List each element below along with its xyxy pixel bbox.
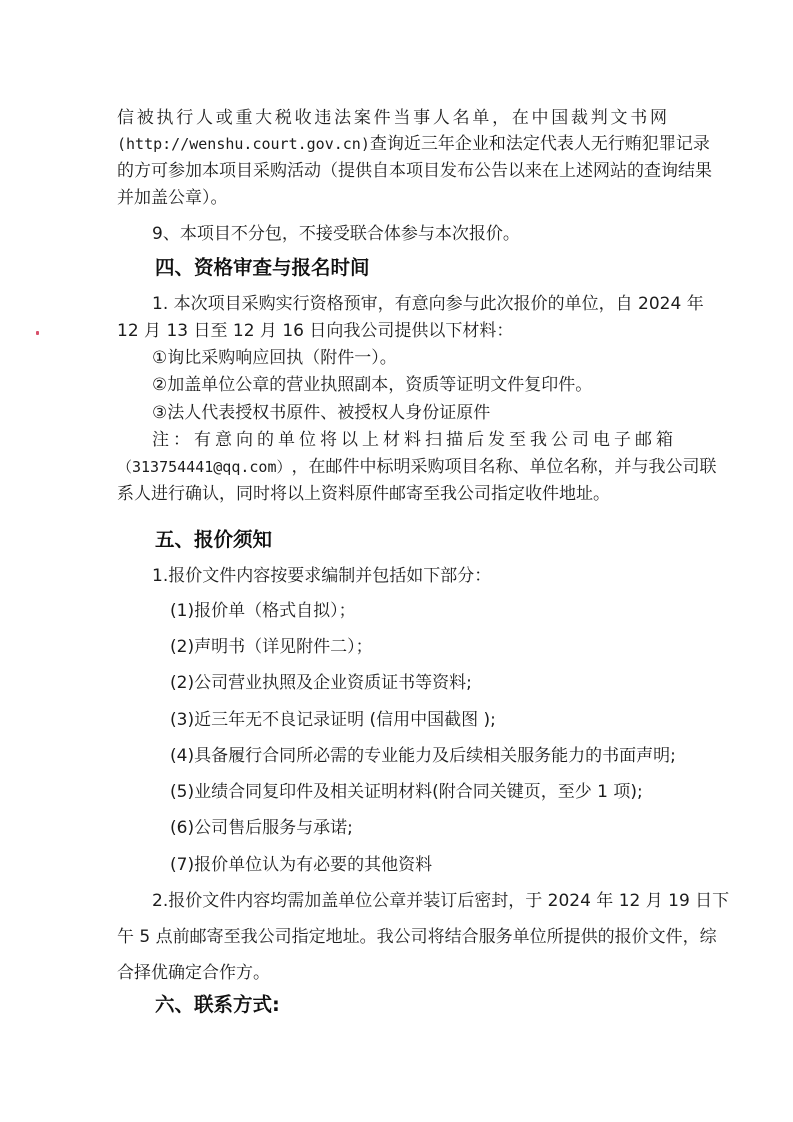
paragraph-line: 12 月 13 日至 12 月 16 日向我公司提供以下材料： [117, 321, 513, 341]
paragraph-text: 查询近三年企业和法定代表人无行贿犯罪记录 [370, 134, 710, 154]
quote-item: (6)公司售后服务与承诺; [170, 818, 353, 838]
quote-item: (1)报价单（格式自拟）； [170, 601, 356, 621]
paragraph-line: 的方可参加本项目采购活动（提供自本项目发布公告以来在上述网站的查询结果 [117, 161, 668, 181]
court-url-link[interactable]: (http://wenshu.court.gov.cn) [117, 134, 370, 154]
note-text: ，在邮件中标明采购项目名称、单位名称，并与我公司联 [292, 457, 717, 477]
paragraph-line: 午 5 点前邮寄至我公司指定地址。我公司将结合服务单位所提供的报价文件，综 [117, 927, 668, 947]
note-line: （313754441@qq.com） ，在邮件中标明采购项目名称、单位名称，并与… [117, 457, 668, 477]
quote-item: (2)公司营业执照及企业资质证书等资料; [170, 673, 472, 693]
note-line: 系人进行确认，同时将以上资料原件邮寄至我公司指定收件地址。 [117, 484, 610, 504]
item-9: 9、本项目不分包，不接受联合体参与本次报价。 [152, 224, 520, 244]
quote-item: (7)报价单位认为有必要的其他资料 [170, 855, 432, 875]
section-heading-4: 四、资格审查与报名时间 [155, 257, 370, 279]
quote-item: (2)声明书（详见附件二）； [170, 637, 373, 657]
material-item: ①询比采购响应回执（附件一）。 [152, 348, 397, 368]
material-item: ③法人代表授权书原件、被授权人身份证原件 [152, 403, 490, 423]
paragraph-line: 信被执行人或重大税收违法案件当事人名单，在中国裁判文书网 [117, 108, 668, 128]
paragraph-line: 1.报价文件内容按要求编制并包括如下部分： [152, 566, 491, 586]
paragraph-line: 2.报价文件内容均需加盖单位公章并装订后密封，于 2024 年 12 月 19 … [152, 891, 668, 911]
quote-item: (5)业绩合同复印件及相关证明材料(附合同关键页，至少 1 项); [170, 782, 643, 802]
quote-item: (3)近三年无不良记录证明 (信用中国截图 ); [170, 710, 496, 730]
document-page: 信被执行人或重大税收违法案件当事人名单，在中国裁判文书网 (http://wen… [0, 0, 793, 1122]
quote-item: (4)具备履行合同所必需的专业能力及后续相关服务能力的书面声明; [170, 746, 676, 766]
paragraph-line: 并加盖公章）。 [117, 188, 228, 208]
margin-mark [36, 331, 39, 335]
paragraph-line: 1. 本次项目采购实行资格预审，有意向参与此次报价的单位，自 2024 年 [152, 294, 668, 314]
paragraph-line: 合择优确定合作方。 [117, 963, 270, 983]
note-line: 注：有意向的单位将以上材料扫描后发至我公司电子邮箱 [152, 430, 668, 450]
email-link[interactable]: （313754441@qq.com） [117, 457, 292, 477]
paragraph-line: (http://wenshu.court.gov.cn) 查询近三年企业和法定代… [117, 134, 668, 154]
section-heading-5: 五、报价须知 [155, 529, 272, 551]
material-item: ②加盖单位公章的营业执照副本，资质等证明文件复印件。 [152, 375, 592, 395]
section-heading-6: 六、联系方式: [155, 994, 280, 1016]
